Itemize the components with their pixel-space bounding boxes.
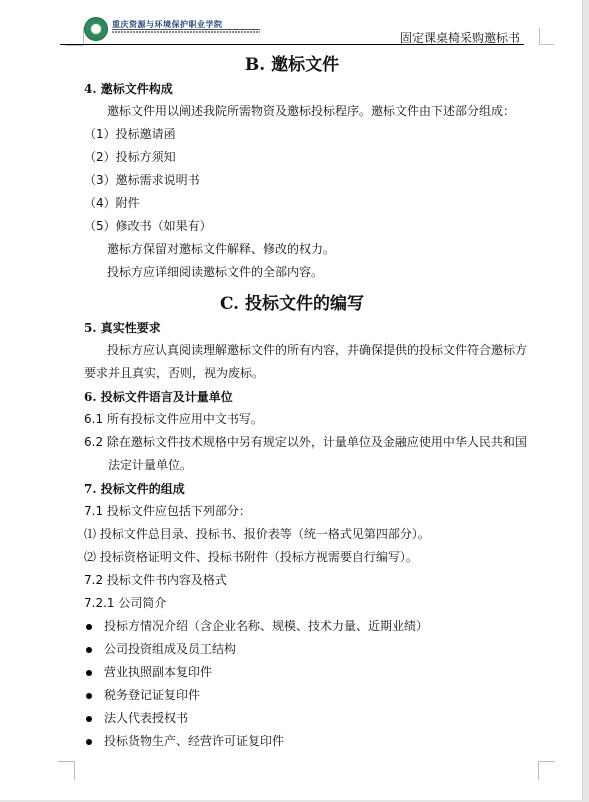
logo-divider [112, 29, 260, 30]
paragraph-note: 邀标方保留对邀标文件解释、修改的权力。 [107, 241, 335, 257]
list-item: （4）附件 [84, 195, 140, 211]
section-heading-c: C. 投标文件的编写 [60, 289, 524, 314]
school-logo-icon [84, 17, 108, 41]
subheading-5: 5. 真实性要求 [84, 319, 161, 336]
paragraph-7-2-1: 7.2.1 公司简介 [84, 595, 166, 611]
paragraph-5-cont: 要求并且真实，否则，视为废标。 [84, 365, 264, 381]
crop-mark-bottom-right [538, 761, 555, 780]
paragraph-6-1: 6.1 所有投标文件应用中文书写。 [84, 411, 263, 427]
paragraph-6-2: 6.2 除在邀标文件技术规格中另有规定以外，计量单位及金融应使用中华人民共和国 [84, 434, 527, 450]
paragraph-note: 投标方应详细阅读邀标文件的全部内容。 [107, 264, 323, 280]
list-item: 法人代表授权书 [104, 710, 188, 726]
bullet-icon [86, 716, 92, 722]
document-page: 重庆资源与环境保护职业学院 固定课桌椅采购邀标书 B. 邀标文件 4. 邀标文件… [0, 0, 583, 800]
subheading-4: 4. 邀标文件构成 [84, 80, 173, 97]
list-item: 公司投资组成及员工结构 [104, 641, 236, 657]
document-title: 固定课桌椅采购邀标书 [400, 29, 520, 46]
bullet-icon [86, 670, 92, 676]
list-item: （2）投标方须知 [84, 149, 176, 165]
bullet-icon [86, 693, 92, 699]
list-item: （1）投标邀请函 [84, 126, 176, 142]
bullet-icon [86, 739, 92, 745]
section-heading-b: B. 邀标文件 [60, 50, 524, 75]
subheading-7: 7. 投标文件的组成 [84, 480, 185, 497]
page-scroll-edge [582, 0, 589, 802]
list-item: （5）修改书（如果有） [84, 218, 212, 234]
school-english-name [112, 31, 260, 33]
paragraph-4-intro: 邀标文件用以阐述我院所需物资及邀标投标程序。邀标文件由下述部分组成： [107, 103, 515, 119]
crop-mark-top-right [539, 28, 554, 45]
paragraph-5: 投标方应认真阅读理解邀标文件的所有内容，并确保提供的投标文件符合邀标方 [107, 342, 527, 358]
list-item: 税务登记证复印件 [104, 687, 200, 703]
bullet-icon [86, 647, 92, 653]
subheading-6: 6. 投标文件语言及计量单位 [84, 388, 233, 405]
paragraph-7-1-1: ⑴ 投标文件总目录、投标书、报价表等（统一格式见第四部分）。 [84, 526, 430, 542]
paragraph-6-2-cont: 法定计量单位。 [108, 457, 192, 473]
page-header: 重庆资源与环境保护职业学院 固定课桌椅采购邀标书 [60, 14, 524, 45]
paragraph-7-2: 7.2 投标文件书内容及格式 [84, 572, 227, 588]
list-item: 投标方情况介绍（含企业名称、规模、技术力量、近期业绩） [104, 618, 428, 634]
paragraph-7-1: 7.1 投标文件应包括下列部分： [84, 503, 251, 519]
paragraph-7-1-2: ⑵ 投标资格证明文件、投标书附件（投标方视需要自行编写）。 [84, 549, 418, 565]
bullet-icon [86, 624, 92, 630]
list-item: 营业执照副本复印件 [104, 664, 212, 680]
crop-mark-bottom-left [58, 761, 75, 780]
list-item: （3）邀标需求说明书 [84, 172, 200, 188]
list-item: 投标货物生产、经营许可证复印件 [104, 733, 284, 749]
